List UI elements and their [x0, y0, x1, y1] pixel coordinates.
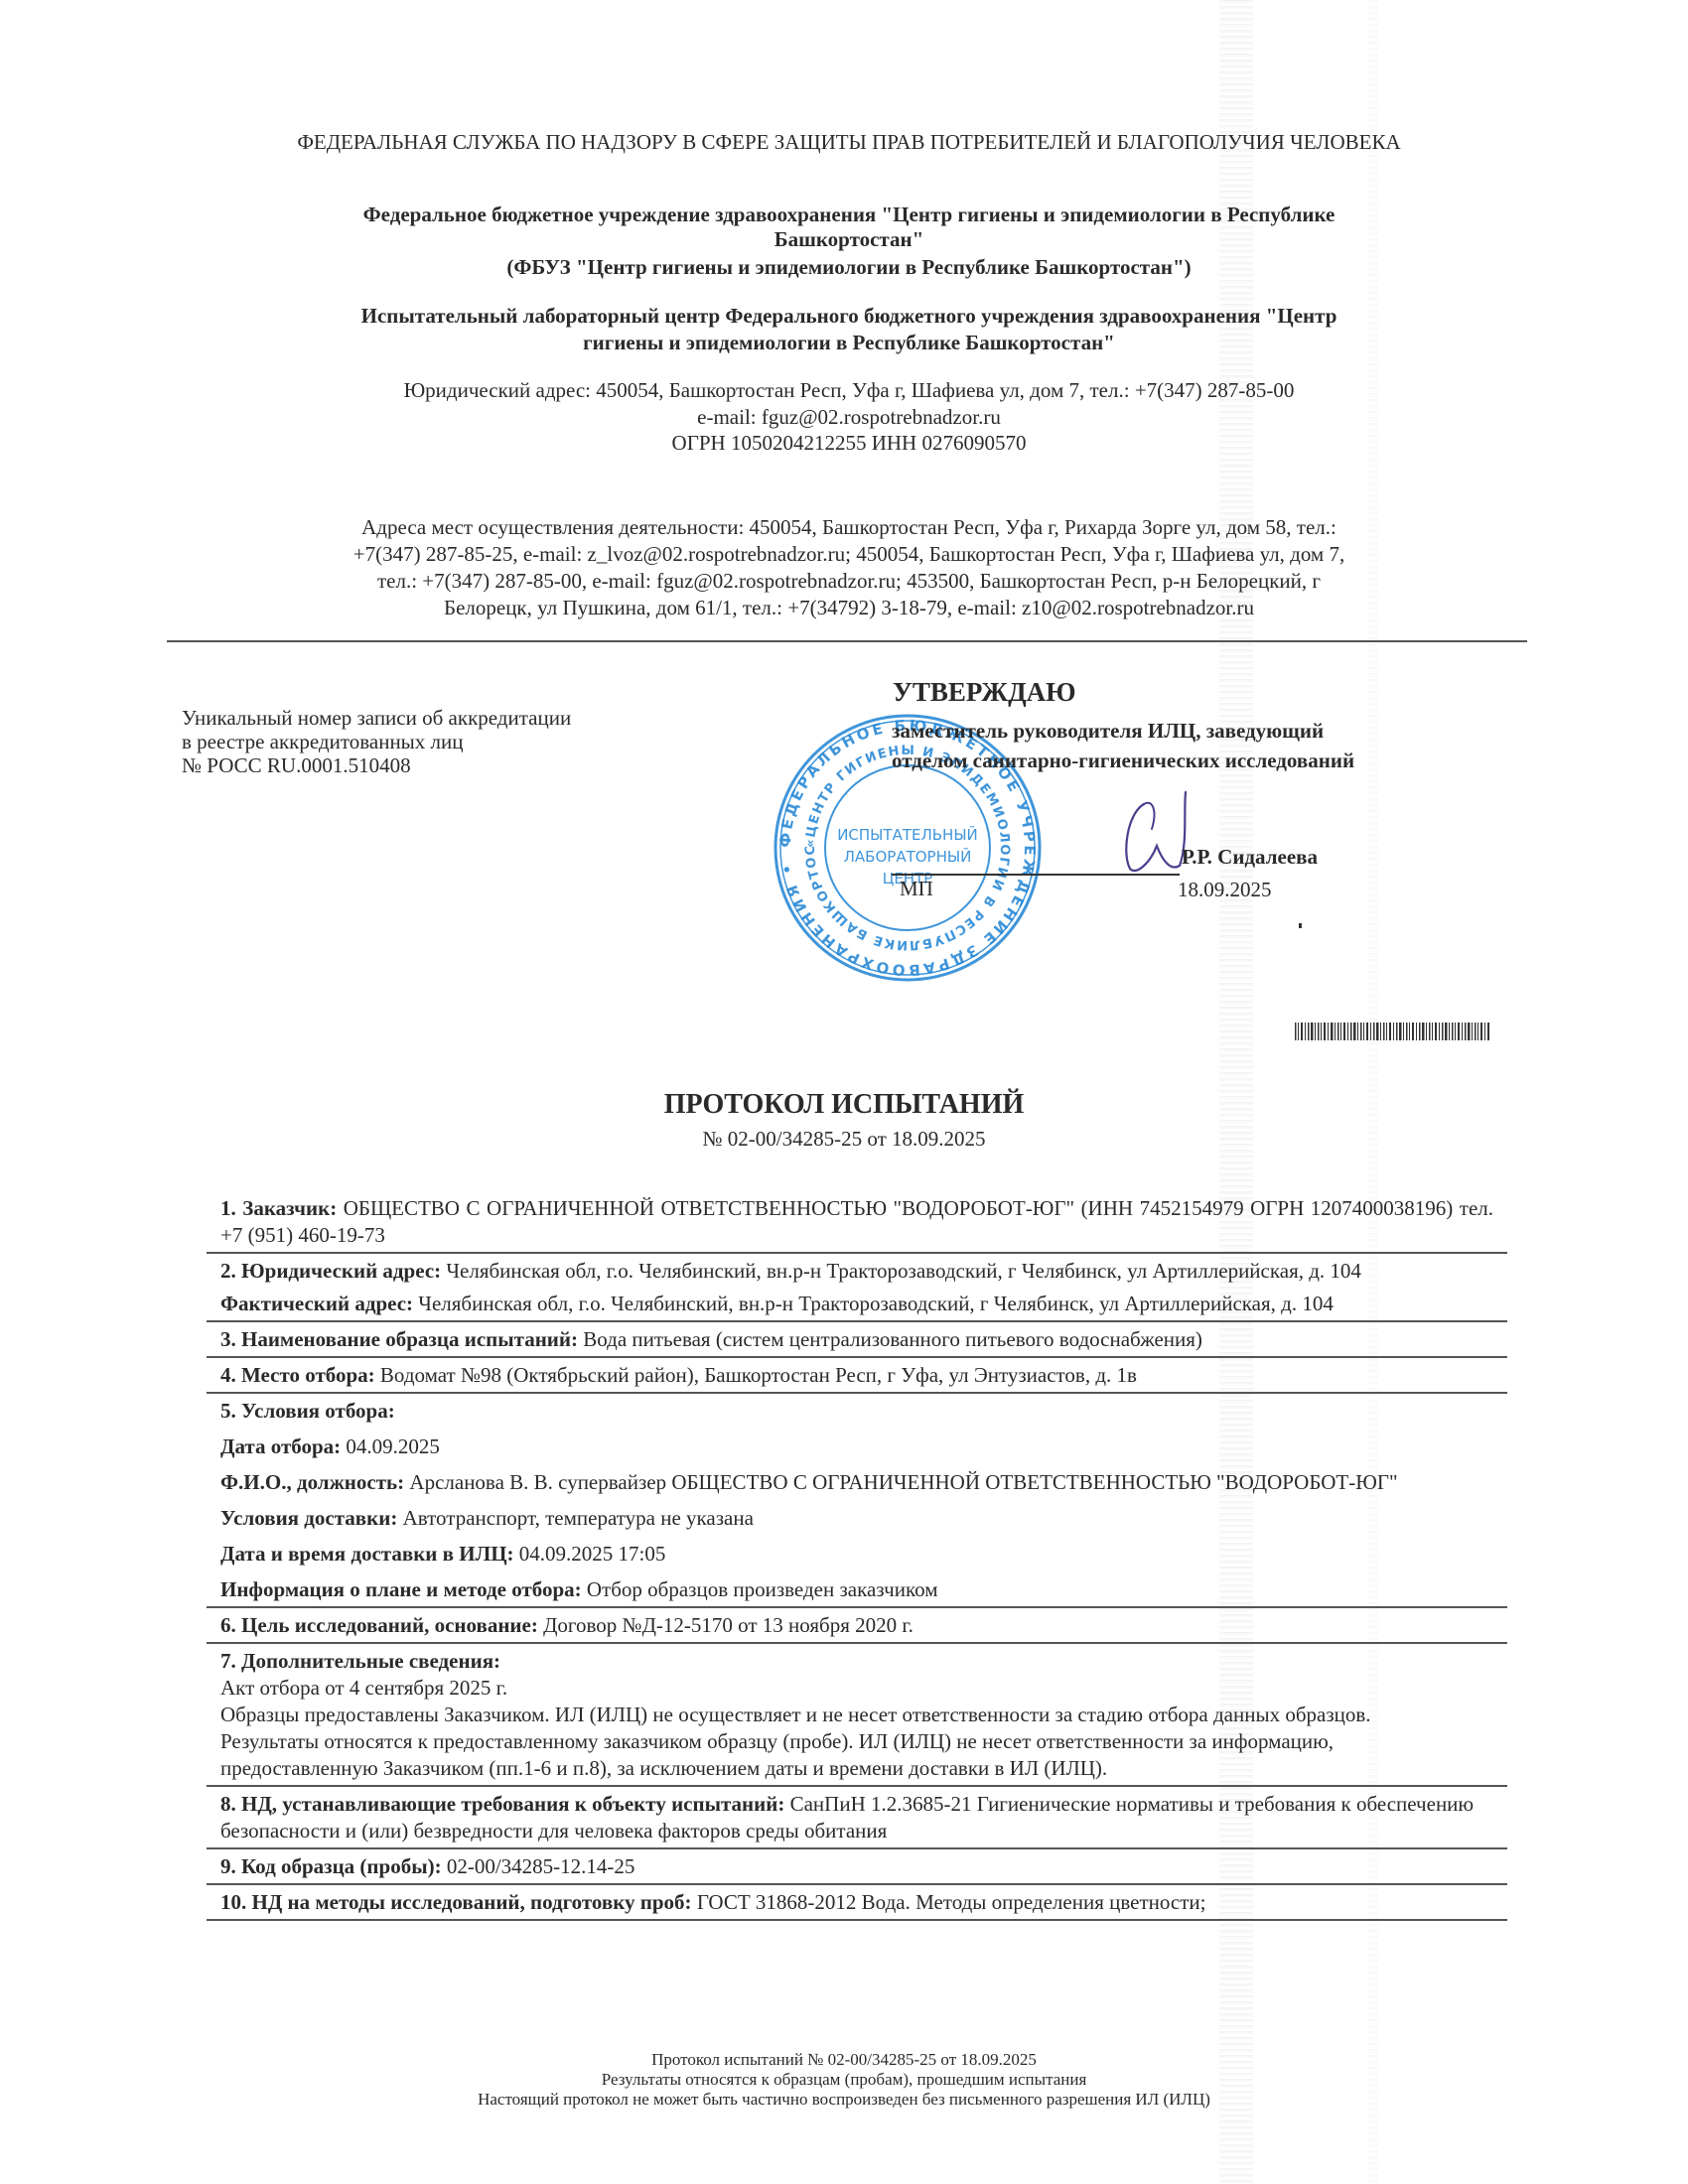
- section-requirements: 8. НД, устанавливающие требования к объе…: [207, 1787, 1507, 1849]
- sampling-act: Акт отбора от 4 сентября 2025 г.: [220, 1675, 1493, 1702]
- field-label: Дата и время доставки в ИЛЦ:: [220, 1542, 514, 1566]
- signature-line: [892, 874, 1180, 876]
- legal-address: Юридический адрес: 450054, Башкортостан …: [209, 377, 1489, 404]
- header-divider: [167, 640, 1527, 642]
- section-customer: 1. Заказчик: ОБЩЕСТВО С ОГРАНИЧЕННОЙ ОТВ…: [207, 1191, 1507, 1254]
- institution-short-name: (ФБУЗ "Центр гигиены и эпидемиологии в Р…: [209, 254, 1489, 281]
- section-label: 2. Юридический адрес:: [220, 1259, 441, 1283]
- section-label: 5. Условия отбора:: [220, 1399, 395, 1423]
- activity-address-line: Адреса мест осуществления деятельности: …: [209, 514, 1489, 541]
- footer-protocol-ref: Протокол испытаний № 02-00/34285-25 от 1…: [0, 2050, 1688, 2070]
- field-label: Дата отбора:: [220, 1434, 341, 1458]
- document-title: ПРОТОКОЛ ИСПЫТАНИЙ: [0, 1089, 1688, 1121]
- accreditation-line: Уникальный номер записи об аккредитации: [182, 706, 571, 730]
- disclaimer-note: Образцы предоставлены Заказчиком. ИЛ (ИЛ…: [220, 1702, 1493, 1782]
- accreditation-line: в реестре аккредитованных лиц: [182, 730, 571, 753]
- header-email: e-mail: fguz@02.rospotrebnadzor.ru: [209, 404, 1489, 431]
- activity-address-line: +7(347) 287-85-25, e-mail: z_lvoz@02.ros…: [209, 541, 1489, 568]
- approve-heading: УТВЕРЖДАЮ: [893, 675, 1507, 709]
- ink-dot: [1299, 923, 1302, 928]
- section-value: Вода питьевая (систем централизованного …: [583, 1327, 1202, 1351]
- sampling-date: 04.09.2025: [346, 1434, 440, 1458]
- section-value: Водомат №98 (Октябрьский район), Башкорт…: [380, 1363, 1137, 1387]
- field-label: Условия доставки:: [220, 1506, 397, 1530]
- page-footer: Протокол испытаний № 02-00/34285-25 от 1…: [0, 2050, 1688, 2110]
- section-label: 6. Цель исследований, основание:: [220, 1613, 538, 1637]
- protocol-details: 1. Заказчик: ОБЩЕСТВО С ОГРАНИЧЕННОЙ ОТВ…: [207, 1191, 1507, 1921]
- sample-code: 02-00/34285-12.14-25: [447, 1854, 635, 1878]
- sampling-plan-info: Отбор образцов произведен заказчиком: [587, 1577, 938, 1601]
- section-label: 4. Место отбора:: [220, 1363, 375, 1387]
- approver-role-line1: заместитель руководителя ИЛЦ, заведующий: [892, 719, 1507, 743]
- section-label: 7. Дополнительные сведения:: [220, 1649, 500, 1673]
- svg-text:ИСПЫТАТЕЛЬНЫЙ: ИСПЫТАТЕЛЬНЫЙ: [837, 825, 978, 844]
- ogrn-inn: ОГРН 1050204212255 ИНН 0276090570: [209, 430, 1489, 457]
- section-methods: 10. НД на методы исследований, подготовк…: [207, 1885, 1507, 1921]
- sampler-name: Арсланова В. В. супервайзер ОБЩЕСТВО С О…: [409, 1470, 1397, 1494]
- footer-copy-restriction: Настоящий протокол не может быть частичн…: [0, 2090, 1688, 2110]
- signer-name: Р.Р. Сидалеева: [1182, 845, 1318, 870]
- svg-text:ЛАБОРАТОРНЫЙ: ЛАБОРАТОРНЫЙ: [844, 847, 972, 866]
- accreditation-block: Уникальный номер записи об аккредитации …: [182, 706, 571, 777]
- section-purpose: 6. Цель исследований, основание: Договор…: [207, 1608, 1507, 1644]
- footer-results-note: Результаты относятся к образцам (пробам)…: [0, 2070, 1688, 2090]
- section-address: 2. Юридический адрес: Челябинская обл, г…: [207, 1254, 1507, 1322]
- section-sampling-place: 4. Место отбора: Водомат №98 (Октябрьски…: [207, 1358, 1507, 1394]
- section-value: ОБЩЕСТВО С ОГРАНИЧЕННОЙ ОТВЕТСТВЕННОСТЬЮ…: [220, 1196, 1493, 1247]
- section-label: 9. Код образца (пробы):: [220, 1854, 442, 1878]
- approver-role-line2: отделом санитарно-гигиенических исследов…: [892, 749, 1507, 772]
- section-label: 1. Заказчик:: [220, 1196, 337, 1220]
- field-label: Информация о плане и методе отбора:: [220, 1577, 582, 1601]
- accreditation-number: № РОСС RU.0001.510408: [182, 753, 571, 777]
- agency-name: ФЕДЕРАЛЬНАЯ СЛУЖБА ПО НАДЗОРУ В СФЕРЕ ЗА…: [209, 129, 1489, 156]
- section-label: 10. НД на методы исследований, подготовк…: [220, 1890, 692, 1914]
- section-sampling-conditions: 5. Условия отбора: Дата отбора: 04.09.20…: [207, 1394, 1507, 1608]
- institution-name-line1: Федеральное бюджетное учреждение здравоо…: [209, 202, 1489, 228]
- approval-block: УТВЕРЖДАЮ заместитель руководителя ИЛЦ, …: [892, 675, 1507, 772]
- section-label: Фактический адрес:: [220, 1292, 413, 1315]
- section-sample-code: 9. Код образца (пробы): 02-00/34285-12.1…: [207, 1849, 1507, 1885]
- section-value: Челябинская обл, г.о. Челябинский, вн.р-…: [446, 1259, 1361, 1283]
- section-label: 3. Наименование образца испытаний:: [220, 1327, 578, 1351]
- document-number: № 02-00/34285-25 от 18.09.2025: [0, 1126, 1688, 1152]
- institution-name-line2: Башкортостан": [209, 226, 1489, 253]
- section-value: Челябинская обл, г.о. Челябинский, вн.р-…: [418, 1292, 1334, 1315]
- section-label: 8. НД, устанавливающие требования к объе…: [220, 1792, 784, 1816]
- lab-name-line1: Испытательный лабораторный центр Федерал…: [209, 303, 1489, 330]
- section-sample-name: 3. Наименование образца испытаний: Вода …: [207, 1322, 1507, 1358]
- delivery-conditions: Автотранспорт, температура не указана: [403, 1506, 754, 1530]
- barcode-icon: [1295, 1023, 1489, 1040]
- section-additional-info: 7. Дополнительные сведения: Акт отбора о…: [207, 1644, 1507, 1787]
- seal-place-label: МП: [900, 877, 933, 901]
- activity-address-line: Белорецк, ул Пушкина, дом 61/1, тел.: +7…: [209, 595, 1489, 621]
- lab-name-line2: гигиены и эпидемиологии в Республике Баш…: [209, 330, 1489, 356]
- activity-address-line: тел.: +7(347) 287-85-00, e-mail: fguz@02…: [209, 568, 1489, 595]
- protocol-page: ФЕДЕРАЛЬНАЯ СЛУЖБА ПО НАДЗОРУ В СФЕРЕ ЗА…: [0, 0, 1688, 2184]
- section-value: ГОСТ 31868-2012 Вода. Методы определения…: [697, 1890, 1206, 1914]
- delivery-datetime: 04.09.2025 17:05: [519, 1542, 666, 1566]
- approval-date: 18.09.2025: [1178, 878, 1272, 902]
- field-label: Ф.И.О., должность:: [220, 1470, 404, 1494]
- section-value: Договор №Д-12-5170 от 13 ноября 2020 г.: [543, 1613, 914, 1637]
